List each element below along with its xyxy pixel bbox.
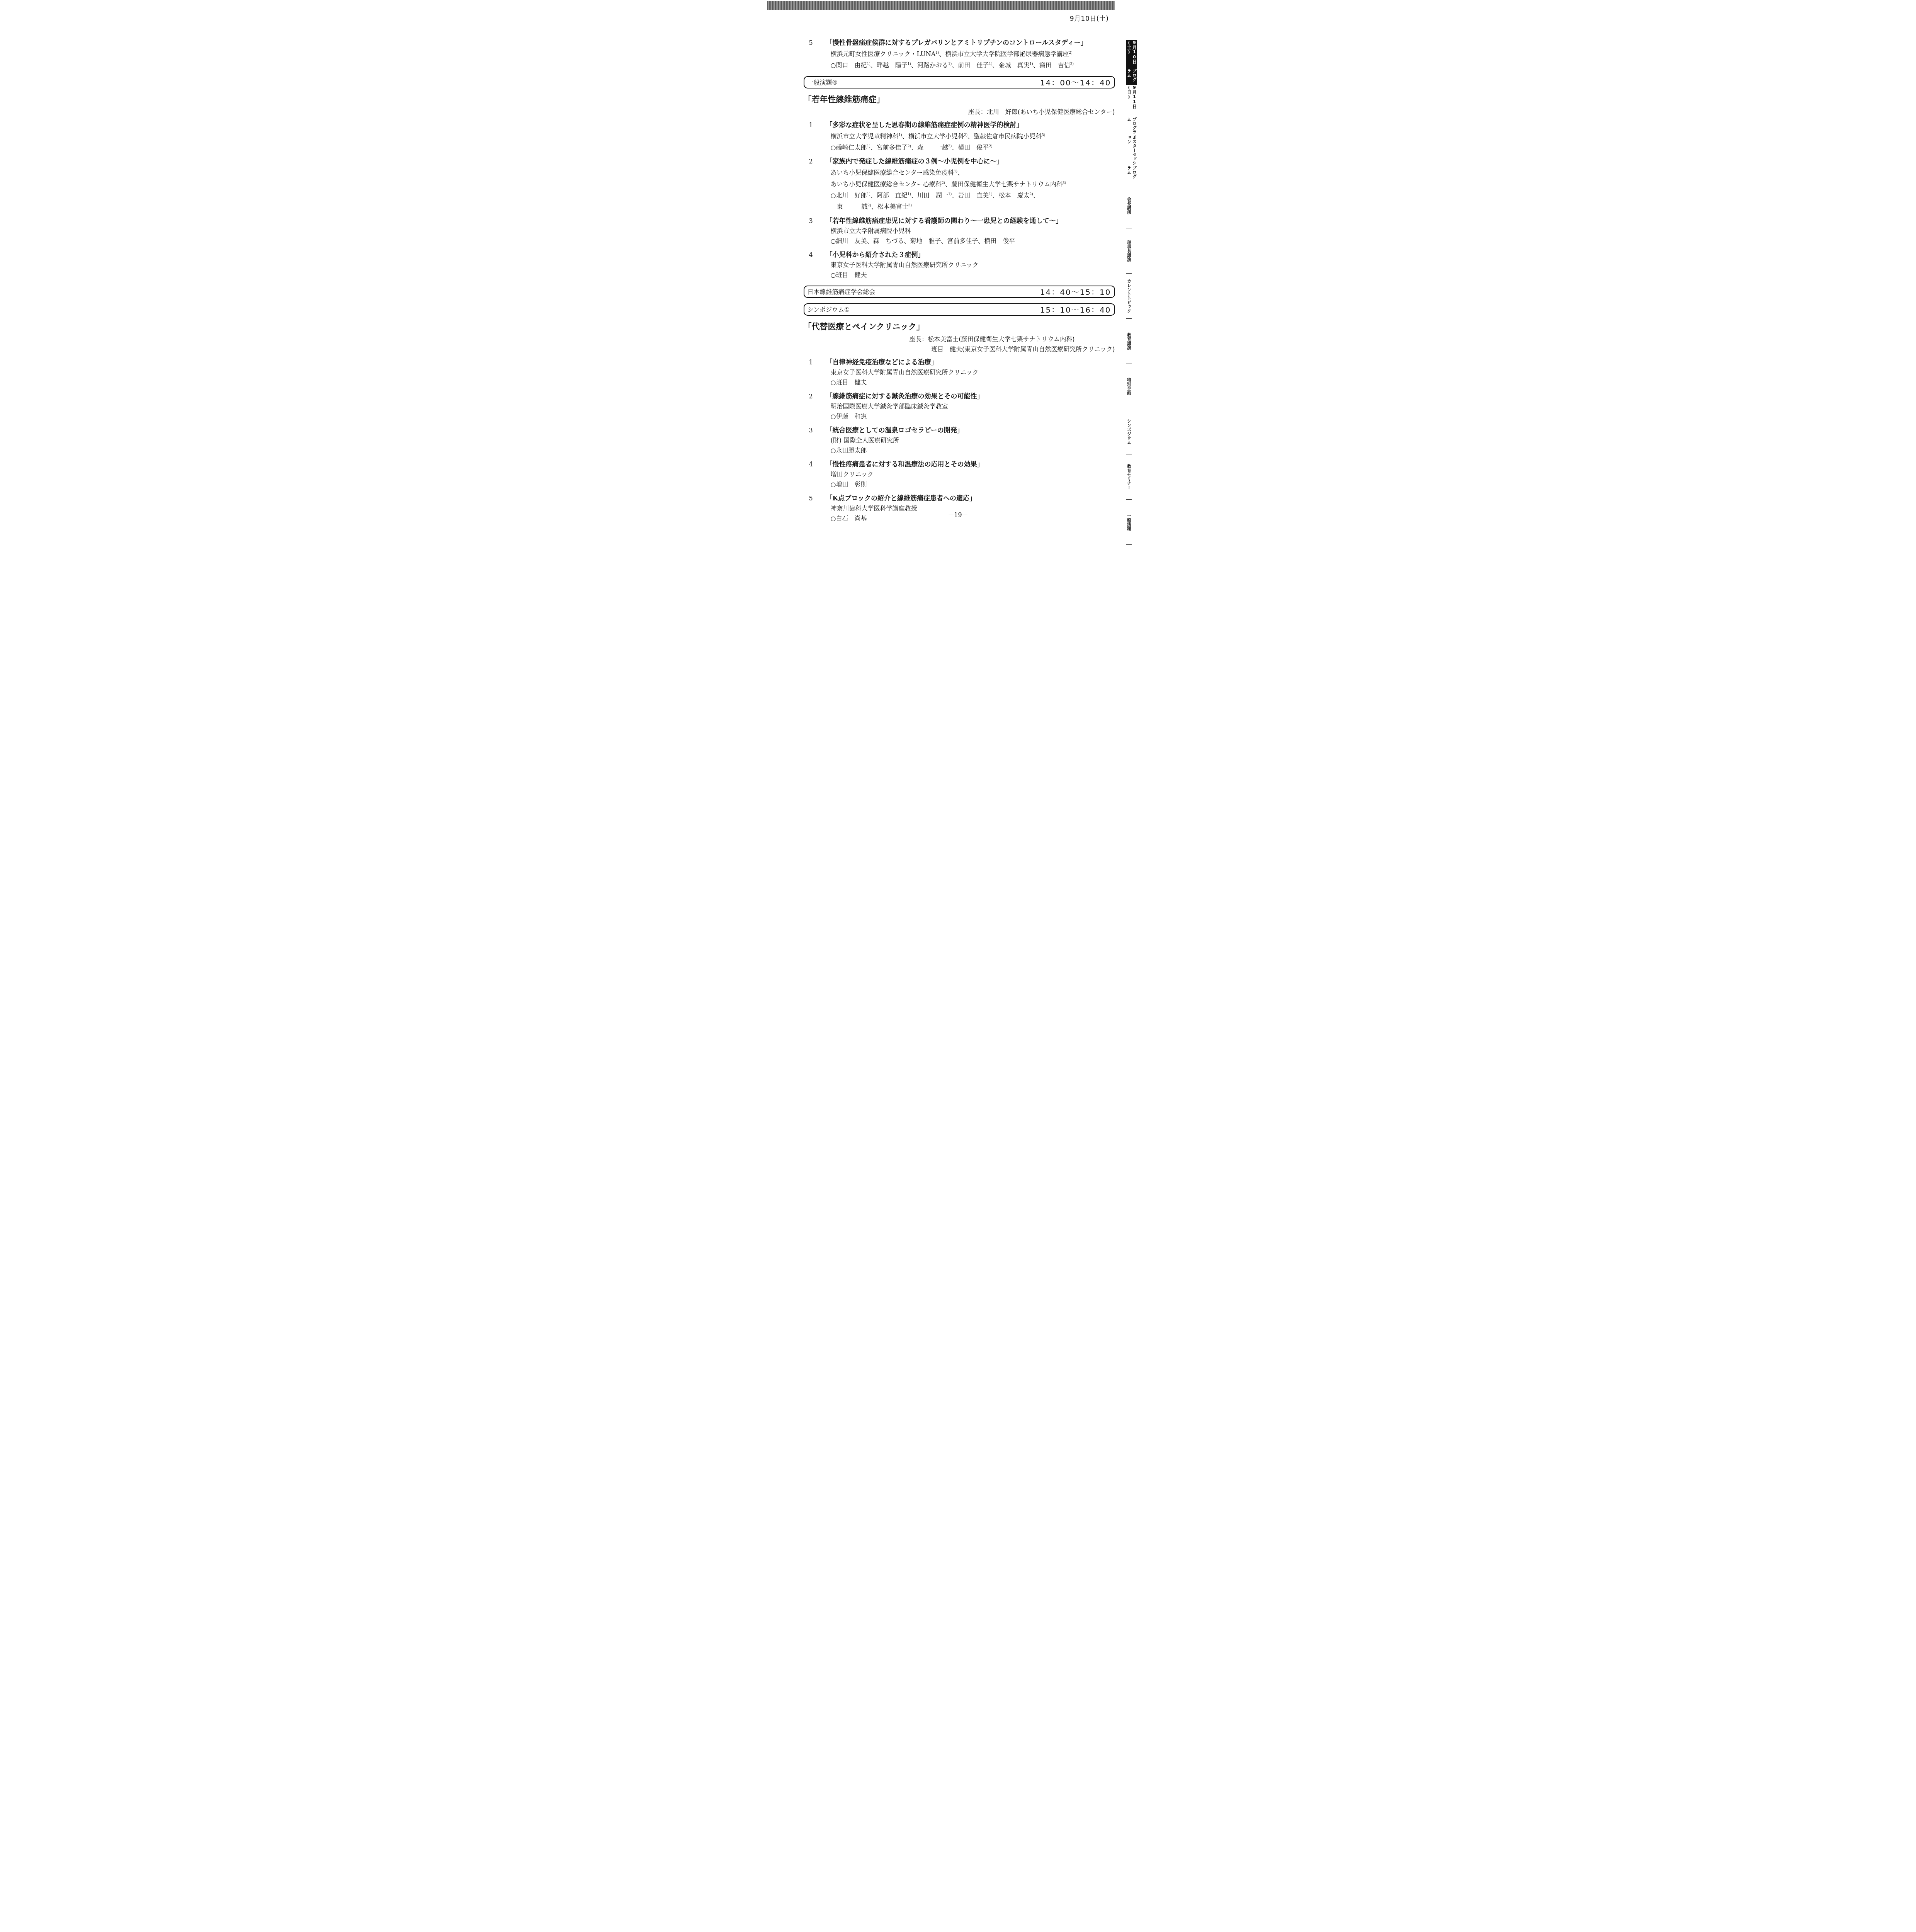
session-header-bar: シンポジウム①15：10～16：40 bbox=[804, 303, 1115, 316]
author-list: ○永田勝太郎 bbox=[826, 446, 1115, 456]
side-tab-label: 教育セミナー bbox=[1126, 464, 1132, 490]
presentation-item: 4「慢性疼痛患者に対する和温療法の応用とその効果」増田クリニック○増田 彰則 bbox=[804, 459, 1115, 490]
presentation-item: 2「家族内で発症した線維筋痛症の３例～小児例を中心に～」あいち小児保健医療総合セ… bbox=[804, 156, 1115, 212]
affiliation: 東京女子医科大学附属青山自然医療研究所クリニック bbox=[826, 260, 1115, 270]
presentation-item: 1「多彩な症状を呈した思春期の線維筋痛症症例の精神医学的検討」横浜市立大学児童精… bbox=[804, 120, 1115, 153]
author-list: ○礒崎仁太郎1)、宮前多佳子2)、森 一越3)、横田 俊平2) bbox=[826, 141, 1115, 153]
session-header-bar: 日本線維筋痛症学会総会14：40～15：10 bbox=[804, 286, 1115, 298]
side-tab-7[interactable]: 教育講演 bbox=[1126, 319, 1132, 364]
side-tab-8[interactable]: 特別企画 bbox=[1126, 364, 1132, 409]
presentation-body: 「家族内で発症した線維筋痛症の３例～小児例を中心に～」あいち小児保健医療総合セン… bbox=[826, 156, 1115, 212]
side-tab-label: プログラム bbox=[1126, 69, 1137, 85]
presentation-body: 「多彩な症状を呈した思春期の線維筋痛症症例の精神医学的検討」横浜市立大学児童精神… bbox=[826, 120, 1115, 153]
author-list: ○増田 彰則 bbox=[826, 480, 1115, 490]
presentation-body: 「統合医療としての温泉ロゴセラピーの開発」(財) 国際全人医療研究所○永田勝太郎 bbox=[826, 425, 1115, 456]
side-tab-11[interactable]: 一般演題 bbox=[1126, 500, 1132, 545]
presentation-title: 「自律神経免疫治療などによる治療」 bbox=[826, 357, 1115, 367]
session-header-bar: 一般演題④14：00～14：40 bbox=[804, 76, 1115, 88]
side-tab-label: プログラム bbox=[1126, 166, 1137, 183]
presentation-body: 「自律神経免疫治療などによる治療」東京女子医科大学附属青山自然医療研究所クリニッ… bbox=[826, 357, 1115, 388]
side-tab-label: ポスターセッション bbox=[1126, 135, 1137, 166]
session-label: 日本線維筋痛症学会総会 bbox=[808, 287, 876, 296]
side-tab-label: 会長講演 bbox=[1126, 197, 1132, 214]
presentation-item: 5「慢性骨盤痛症候群に対するプレガバリンとアミトリプチンのコントロールスタディー… bbox=[804, 38, 1115, 71]
affiliation: 横浜市立大学児童精神科1)、横浜市立大学小児科2)、聖隷佐倉市民病院小児科3) bbox=[826, 130, 1115, 141]
side-tab-label: プログラム bbox=[1126, 117, 1137, 135]
presentation-number: 2 bbox=[804, 391, 826, 422]
side-tab-12[interactable]: ポスターセッション bbox=[1126, 545, 1132, 547]
presentation-title: 「線維筋痛症に対する鍼灸治療の効果とその可能性」 bbox=[826, 391, 1115, 401]
session-label: シンポジウム① bbox=[808, 305, 850, 314]
presentation-body: 「慢性骨盤痛症候群に対するプレガバリンとアミトリプチンのコントロールスタディー」… bbox=[826, 38, 1115, 71]
author-list: ○班目 健夫 bbox=[826, 378, 1115, 388]
side-tab-label: 9月10日(土) bbox=[1126, 40, 1137, 69]
presentation-title: 「小児科から紹介された３症例」 bbox=[826, 250, 1115, 260]
presentation-title: 「若年性線維筋痛症患児に対する看護師の関わり～一患児との経験を通して～」 bbox=[826, 216, 1115, 226]
side-tab-10[interactable]: 教育セミナー bbox=[1126, 454, 1132, 500]
presentation-body: 「小児科から紹介された３症例」東京女子医科大学附属青山自然医療研究所クリニック○… bbox=[826, 250, 1115, 280]
author-list: ○班目 健夫 bbox=[826, 270, 1115, 280]
author-list: ○関口 由紀1)、畔越 陽子1)、河路かおる1)、前田 佳子1)、金城 真実1)… bbox=[826, 59, 1115, 70]
presentation-body: 「慢性疼痛患者に対する和温療法の応用とその効果」増田クリニック○増田 彰則 bbox=[826, 459, 1115, 490]
side-tab-5[interactable]: 理事長講演 bbox=[1126, 228, 1132, 274]
presentation-number: 2 bbox=[804, 156, 826, 212]
side-tab-9[interactable]: シンポジウム bbox=[1126, 409, 1132, 454]
author-list: 東 誠2)、松本美富士3) bbox=[826, 201, 1115, 212]
presentation-body: 「若年性線維筋痛症患児に対する看護師の関わり～一患児との経験を通して～」横浜市立… bbox=[826, 216, 1115, 246]
presentation-title: 「K点ブロックの紹介と線維筋痛症患者への適応」 bbox=[826, 493, 1115, 503]
presentation-item: 3「統合医療としての温泉ロゴセラピーの開発」(財) 国際全人医療研究所○永田勝太… bbox=[804, 425, 1115, 456]
page-number: －19－ bbox=[765, 510, 1151, 519]
presentation-item: 2「線維筋痛症に対する鍼灸治療の効果とその可能性」明治国際医療大学鍼灸学部臨床鍼… bbox=[804, 391, 1115, 422]
presentation-item: 1「自律神経免疫治療などによる治療」東京女子医科大学附属青山自然医療研究所クリニ… bbox=[804, 357, 1115, 388]
affiliation: 横浜元町女性医療クリニック・LUNA1)、横浜市立大学大学院医学部泌尿器病態学講… bbox=[826, 48, 1115, 59]
session-time: 15：10～16：40 bbox=[1040, 304, 1111, 315]
program-page: 9月10日(土) 5「慢性骨盤痛症候群に対するプレガバリンとアミトリプチンのコン… bbox=[765, 0, 1151, 547]
presentation-number: 5 bbox=[804, 38, 826, 71]
section-tab-strip: 9月10日(土)プログラム9月11日(日)プログラムポスターセッションプログラム… bbox=[1126, 40, 1151, 547]
presentation-title: 「多彩な症状を呈した思春期の線維筋痛症症例の精神医学的検討」 bbox=[826, 120, 1115, 130]
presentation-number: 1 bbox=[804, 120, 826, 153]
side-tab-label: 理事長講演 bbox=[1126, 240, 1132, 262]
presentation-title: 「統合医療としての温泉ロゴセラピーの開発」 bbox=[826, 425, 1115, 435]
side-tab-label: 教育講演 bbox=[1126, 333, 1132, 350]
session-time: 14：40～15：10 bbox=[1040, 286, 1111, 297]
presentation-item: 4「小児科から紹介された３症例」東京女子医科大学附属青山自然医療研究所クリニック… bbox=[804, 250, 1115, 280]
affiliation: 東京女子医科大学附属青山自然医療研究所クリニック bbox=[826, 367, 1115, 378]
header-band bbox=[767, 1, 1115, 10]
side-tab-2[interactable]: 9月11日(日)プログラム bbox=[1126, 85, 1137, 135]
side-tab-label: 特別企画 bbox=[1126, 378, 1132, 395]
author-list: ○伊藤 和憲 bbox=[826, 412, 1115, 422]
session-time: 14：00～14：40 bbox=[1040, 77, 1111, 88]
affiliation: 増田クリニック bbox=[826, 469, 1115, 480]
affiliation: 明治国際医療大学鍼灸学部臨床鍼灸学教室 bbox=[826, 401, 1115, 412]
presentation-title: 「家族内で発症した線維筋痛症の３例～小児例を中心に～」 bbox=[826, 156, 1115, 167]
presentation-number: 1 bbox=[804, 357, 826, 388]
presentation-title: 「慢性疼痛患者に対する和温療法の応用とその効果」 bbox=[826, 459, 1115, 469]
date-header: 9月10日(土) bbox=[1070, 13, 1109, 23]
author-list: ○細川 友美、森 ちづる、菊地 雅子、宮前多佳子、横田 俊平 bbox=[826, 236, 1115, 246]
author-list: ○北川 好郎1)、阿部 直紀1)、川田 潤一1)、岩田 直美1)、松本 慶太2)… bbox=[826, 189, 1115, 201]
affiliation: 横浜市立大学附属病院小児科 bbox=[826, 226, 1115, 236]
presentation-number: 3 bbox=[804, 425, 826, 456]
side-tab-1[interactable]: 9月10日(土)プログラム bbox=[1126, 40, 1137, 85]
presentation-item: 3「若年性線維筋痛症患児に対する看護師の関わり～一患児との経験を通して～」横浜市… bbox=[804, 216, 1115, 246]
presentation-title: 「慢性骨盤痛症候群に対するプレガバリンとアミトリプチンのコントロールスタディー」 bbox=[826, 38, 1115, 48]
session-title: 「代替医療とペインクリニック」 bbox=[804, 320, 1115, 332]
session-chair: 座長：北川 好郎(あいち小児保健医療総合センター) bbox=[804, 107, 1115, 117]
affiliation: あいち小児保健医療総合センター心療科2)、藤田保健衛生大学七栗サナトリウム内科3… bbox=[826, 178, 1115, 189]
side-tab-3[interactable]: ポスターセッションプログラム bbox=[1126, 135, 1137, 183]
presentation-number: 4 bbox=[804, 250, 826, 280]
presentation-body: 「線維筋痛症に対する鍼灸治療の効果とその可能性」明治国際医療大学鍼灸学部臨床鍼灸… bbox=[826, 391, 1115, 422]
presentation-number: 3 bbox=[804, 216, 826, 246]
side-tab-4[interactable]: 会長講演 bbox=[1126, 183, 1132, 228]
presentation-number: 4 bbox=[804, 459, 826, 490]
affiliation: あいち小児保健医療総合センター感染免疫科1)、 bbox=[826, 167, 1115, 178]
affiliation: (財) 国際全人医療研究所 bbox=[826, 435, 1115, 446]
side-tab-label: カレントトピック bbox=[1126, 279, 1132, 313]
session-chair: 班目 健夫(東京女子医科大学附属青山自然医療研究所クリニック) bbox=[804, 344, 1115, 354]
session-title: 「若年性線維筋痛症」 bbox=[804, 93, 1115, 105]
program-content: 5「慢性骨盤痛症候群に対するプレガバリンとアミトリプチンのコントロールスタディー… bbox=[804, 38, 1115, 527]
side-tab-label: 9月11日(日) bbox=[1126, 85, 1137, 117]
session-label: 一般演題④ bbox=[808, 78, 838, 87]
session-chair: 座長：松本美富士(藤田保健衛生大学七栗サナトリウム内科) bbox=[804, 334, 1115, 344]
side-tab-label: シンポジウム bbox=[1126, 419, 1132, 444]
side-tab-6[interactable]: カレントトピック bbox=[1126, 274, 1132, 319]
